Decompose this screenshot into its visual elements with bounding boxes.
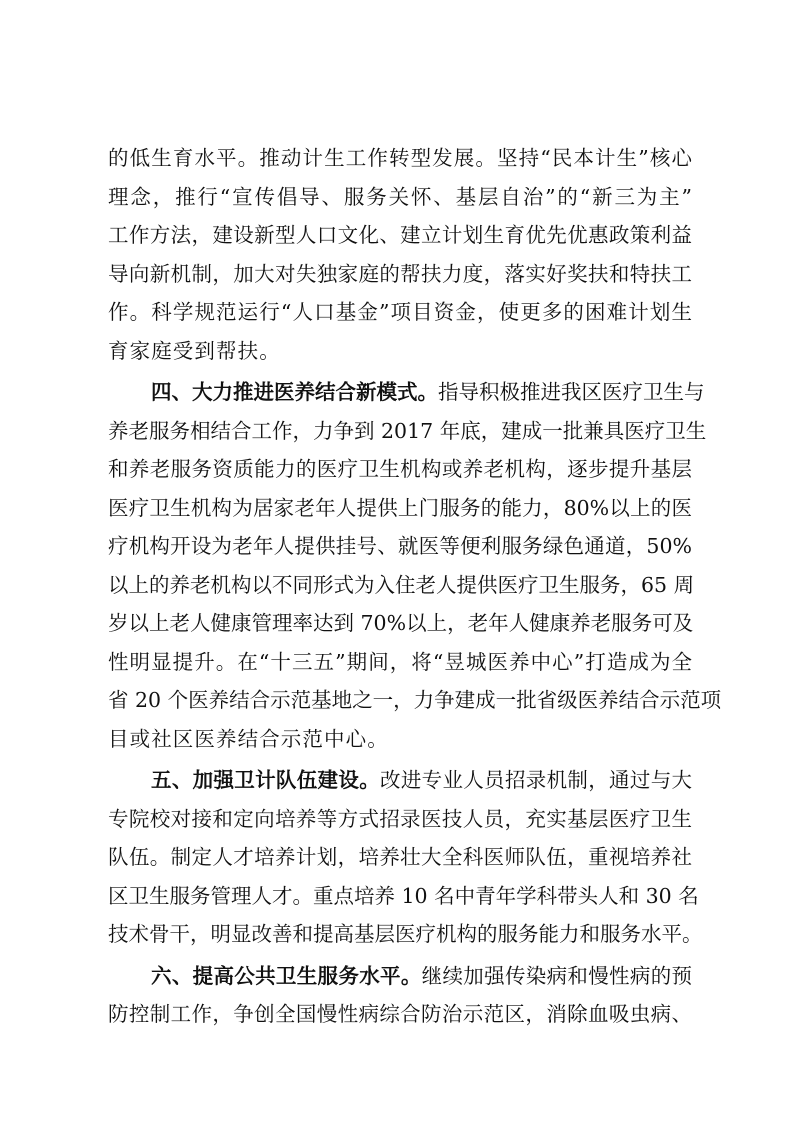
paragraph-public-health: 六、提高公共卫生服务水平。继续加强传染病和慢性病的预 防控制工作，争创全国慢性病… xyxy=(108,957,692,1034)
text-line: 技术骨干，明显改善和提高基层医疗机构的服务能力和服务水平。 xyxy=(108,915,692,954)
text-line: 疗机构开设为老年人提供挂号、就医等便利服务绿色通道，50% xyxy=(108,527,692,566)
paragraph-population-policy: 的低生育水平。推动计生工作转型发展。坚持“民本计生”核心 理念，推行“宣传倡导、… xyxy=(108,139,692,370)
paragraph-medical-elderly-care: 四、大力推进医养结合新模式。指导积极推进我区医疗卫生与 养老服务相结合工作，力争… xyxy=(108,373,692,758)
text-line: 理念，推行“宣传倡导、服务关怀、基层自治”的“新三为主” xyxy=(108,178,692,217)
text-line: 和养老服务资质能力的医疗卫生机构或养老机构，逐步提升基层 xyxy=(108,450,692,489)
text-line: 导向新机制，加大对失独家庭的帮扶力度，落实好奖扶和特扶工 xyxy=(108,255,692,294)
text-line: 区卫生服务管理人才。重点培养 10 名中青年学科带头人和 30 名 xyxy=(108,877,692,916)
section-heading-6: 六、提高公共卫生服务水平。 xyxy=(151,964,422,988)
document-page: 的低生育水平。推动计生工作转型发展。坚持“民本计生”核心 理念，推行“宣传倡导、… xyxy=(108,139,692,1037)
text-run: 改进专业人员招录机制，通过与大 xyxy=(380,768,692,792)
text-run: 指导积极推进我区医疗卫生与 xyxy=(438,380,705,404)
text-line-with-heading: 五、加强卫计队伍建设。改进专业人员招录机制，通过与大 xyxy=(108,761,692,800)
text-line: 育家庭受到帮扶。 xyxy=(108,332,692,371)
text-line: 的低生育水平。推动计生工作转型发展。坚持“民本计生”核心 xyxy=(108,139,692,178)
text-line: 岁以上老人健康管理率达到 70%以上，老年人健康养老服务可及 xyxy=(108,604,692,643)
paragraph-workforce: 五、加强卫计队伍建设。改进专业人员招录机制，通过与大 专院校对接和定向培养等方式… xyxy=(108,761,692,954)
text-line: 性明显提升。在“十三五”期间，将“昱城医养中心”打造成为全 xyxy=(108,643,692,682)
text-line: 目或社区医养结合示范中心。 xyxy=(108,720,692,759)
text-line-with-heading: 四、大力推进医养结合新模式。指导积极推进我区医疗卫生与 xyxy=(108,373,692,412)
text-line: 工作方法，建设新型人口文化、建立计划生育优先优惠政策利益 xyxy=(108,216,692,255)
text-line: 专院校对接和定向培养等方式招录医技人员，充实基层医疗卫生 xyxy=(108,800,692,839)
text-run: 继续加强传染病和慢性病的预 xyxy=(422,964,692,988)
text-line-with-heading: 六、提高公共卫生服务水平。继续加强传染病和慢性病的预 xyxy=(108,957,692,996)
text-line: 省 20 个医养结合示范基地之一，力争建成一批省级医养结合示范项 xyxy=(108,681,692,720)
section-heading-4: 四、大力推进医养结合新模式。 xyxy=(151,380,438,404)
text-line: 防控制工作，争创全国慢性病综合防治示范区，消除血吸虫病、 xyxy=(108,995,692,1034)
text-line: 养老服务相结合工作，力争到 2017 年底，建成一批兼具医疗卫生 xyxy=(108,412,692,451)
section-heading-5: 五、加强卫计队伍建设。 xyxy=(151,768,380,792)
text-line: 作。科学规范运行“人口基金”项目资金，使更多的困难计划生 xyxy=(108,293,692,332)
text-line: 医疗卫生机构为居家老年人提供上门服务的能力，80%以上的医 xyxy=(108,489,692,528)
text-line: 以上的养老机构以不同形式为入住老人提供医疗卫生服务，65 周 xyxy=(108,566,692,605)
text-line: 队伍。制定人才培养计划，培养壮大全科医师队伍，重视培养社 xyxy=(108,838,692,877)
